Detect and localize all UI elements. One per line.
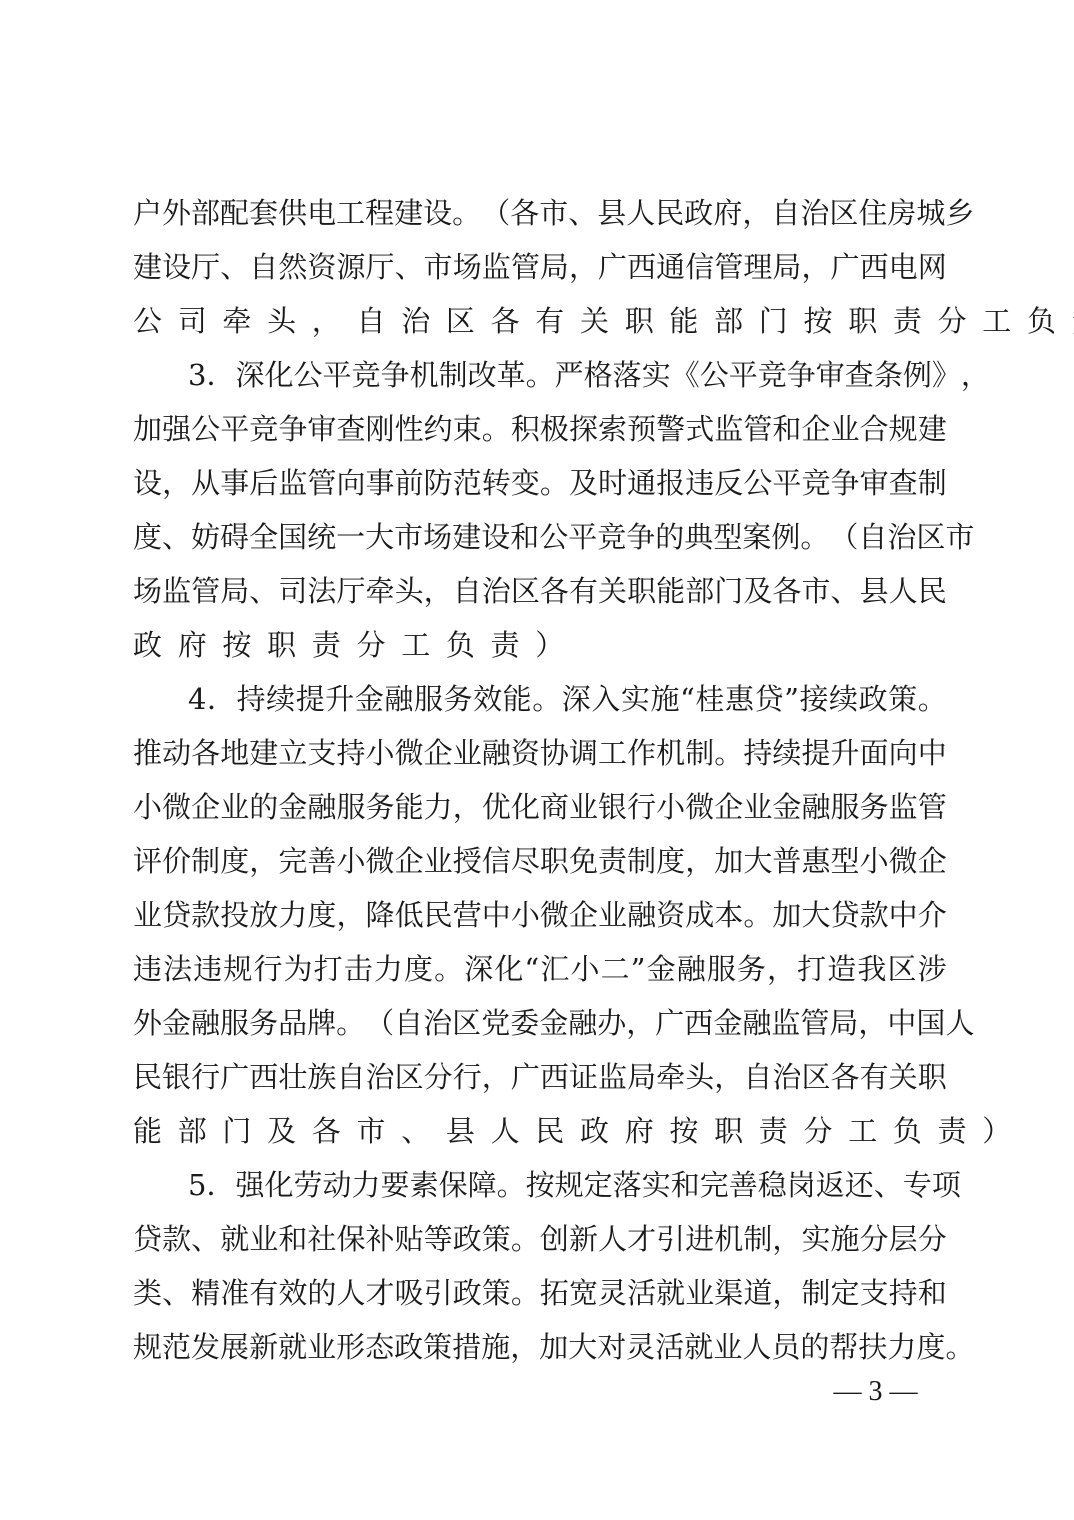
- text-line-content: 公司牵头，自治区各有关职能部门按职责分工负责）: [133, 294, 1074, 348]
- text-line: 建设厅、自然资源厅、市场监管局，广西通信管理局，广西电网: [133, 240, 947, 294]
- text-line: 评价制度，完善小微企业授信尽职免责制度，加大普惠型小微企: [133, 834, 947, 888]
- text-line-content: 场监管局、司法厅牵头，自治区各有关职能部门及各市、县人民: [133, 564, 947, 618]
- text-line-content: 设，从事后监管向事前防范转变。及时通报违反公平竞争审查制: [133, 456, 947, 510]
- text-line: 民银行广西壮族自治区分行，广西证监局牵头，自治区各有关职: [133, 1050, 947, 1104]
- text-line: 政府按职责分工负责）: [133, 618, 947, 672]
- text-line-content: 民银行广西壮族自治区分行，广西证监局牵头，自治区各有关职: [133, 1050, 947, 1104]
- text-line-content: 类、精准有效的人才吸引政策。拓宽灵活就业渠道，制定支持和: [133, 1266, 947, 1320]
- text-line-content: 小微企业的金融服务能力，优化商业银行小微企业金融服务监管: [133, 780, 947, 834]
- text-line-content: 推动各地建立支持小微企业融资协调工作机制。持续提升面向中: [133, 726, 947, 780]
- text-line-content: 加强公平竞争审查刚性约束。积极探索预警式监管和企业合规建: [133, 402, 947, 456]
- text-line-content: 能部门及各市、县人民政府按职责分工负责）: [133, 1104, 1027, 1158]
- text-line: 公司牵头，自治区各有关职能部门按职责分工负责）: [133, 294, 947, 348]
- text-line-content: 评价制度，完善小微企业授信尽职免责制度，加大普惠型小微企: [133, 834, 947, 888]
- text-line: 业贷款投放力度，降低民营中小微企业融资成本。加大贷款中介: [133, 888, 947, 942]
- text-line-content: 政府按职责分工负责）: [133, 618, 580, 672]
- text-line: 类、精准有效的人才吸引政策。拓宽灵活就业渠道，制定支持和: [133, 1266, 947, 1320]
- text-line-content: 违法违规行为打击力度。深化“汇小二”金融服务，打造我区涉: [133, 942, 947, 996]
- text-line: 贷款、就业和社保补贴等政策。创新人才引进机制，实施分层分: [133, 1212, 947, 1266]
- text-line: 违法违规行为打击力度。深化“汇小二”金融服务，打造我区涉: [133, 942, 947, 996]
- text-line: 规范发展新就业形态政策措施，加大对灵活就业人员的帮扶力度。: [133, 1320, 947, 1374]
- text-line: 度、妨碍全国统一大市场建设和公平竞争的典型案例。（自治区市: [133, 510, 947, 564]
- text-line: 外金融服务品牌。（自治区党委金融办，广西金融监管局，中国人: [133, 996, 947, 1050]
- text-line: 推动各地建立支持小微企业融资协调工作机制。持续提升面向中: [133, 726, 947, 780]
- text-line-content: 度、妨碍全国统一大市场建设和公平竞争的典型案例。（自治区市: [133, 510, 947, 564]
- text-line: 能部门及各市、县人民政府按职责分工负责）: [133, 1104, 947, 1158]
- text-line-content: 建设厅、自然资源厅、市场监管局，广西通信管理局，广西电网: [133, 240, 947, 294]
- text-line: 场监管局、司法厅牵头，自治区各有关职能部门及各市、县人民: [133, 564, 947, 618]
- text-line-content: 贷款、就业和社保补贴等政策。创新人才引进机制，实施分层分: [133, 1212, 947, 1266]
- text-line-content: 规范发展新就业形态政策措施，加大对灵活就业人员的帮扶力度。: [133, 1320, 947, 1374]
- document-page: 户外部配套供电工程建设。（各市、县人民政府，自治区住房城乡建设厅、自然资源厅、市…: [0, 0, 1074, 1520]
- text-line-content: 外金融服务品牌。（自治区党委金融办，广西金融监管局，中国人: [133, 996, 947, 1050]
- text-line-content: 4．持续提升金融服务效能。深入实施“桂惠贷”接续政策。: [188, 672, 947, 726]
- text-line: 加强公平竞争审查刚性约束。积极探索预警式监管和企业合规建: [133, 402, 947, 456]
- text-line-content: 5．强化劳动力要素保障。按规定落实和完善稳岗返还、专项: [188, 1158, 947, 1212]
- text-line: 户外部配套供电工程建设。（各市、县人民政府，自治区住房城乡: [133, 186, 947, 240]
- text-line: 5．强化劳动力要素保障。按规定落实和完善稳岗返还、专项: [188, 1158, 947, 1212]
- text-line: 3．深化公平竞争机制改革。严格落实《公平竞争审查条例》，: [188, 348, 947, 402]
- text-line-content: 3．深化公平竞争机制改革。严格落实《公平竞争审查条例》，: [188, 348, 947, 402]
- text-line: 4．持续提升金融服务效能。深入实施“桂惠贷”接续政策。: [188, 672, 947, 726]
- text-line: 小微企业的金融服务能力，优化商业银行小微企业金融服务监管: [133, 780, 947, 834]
- text-line: 设，从事后监管向事前防范转变。及时通报违反公平竞争审查制: [133, 456, 947, 510]
- page-number: — 3 —: [828, 1372, 923, 1412]
- text-line-content: 户外部配套供电工程建设。（各市、县人民政府，自治区住房城乡: [133, 186, 947, 240]
- text-line-content: 业贷款投放力度，降低民营中小微企业融资成本。加大贷款中介: [133, 888, 947, 942]
